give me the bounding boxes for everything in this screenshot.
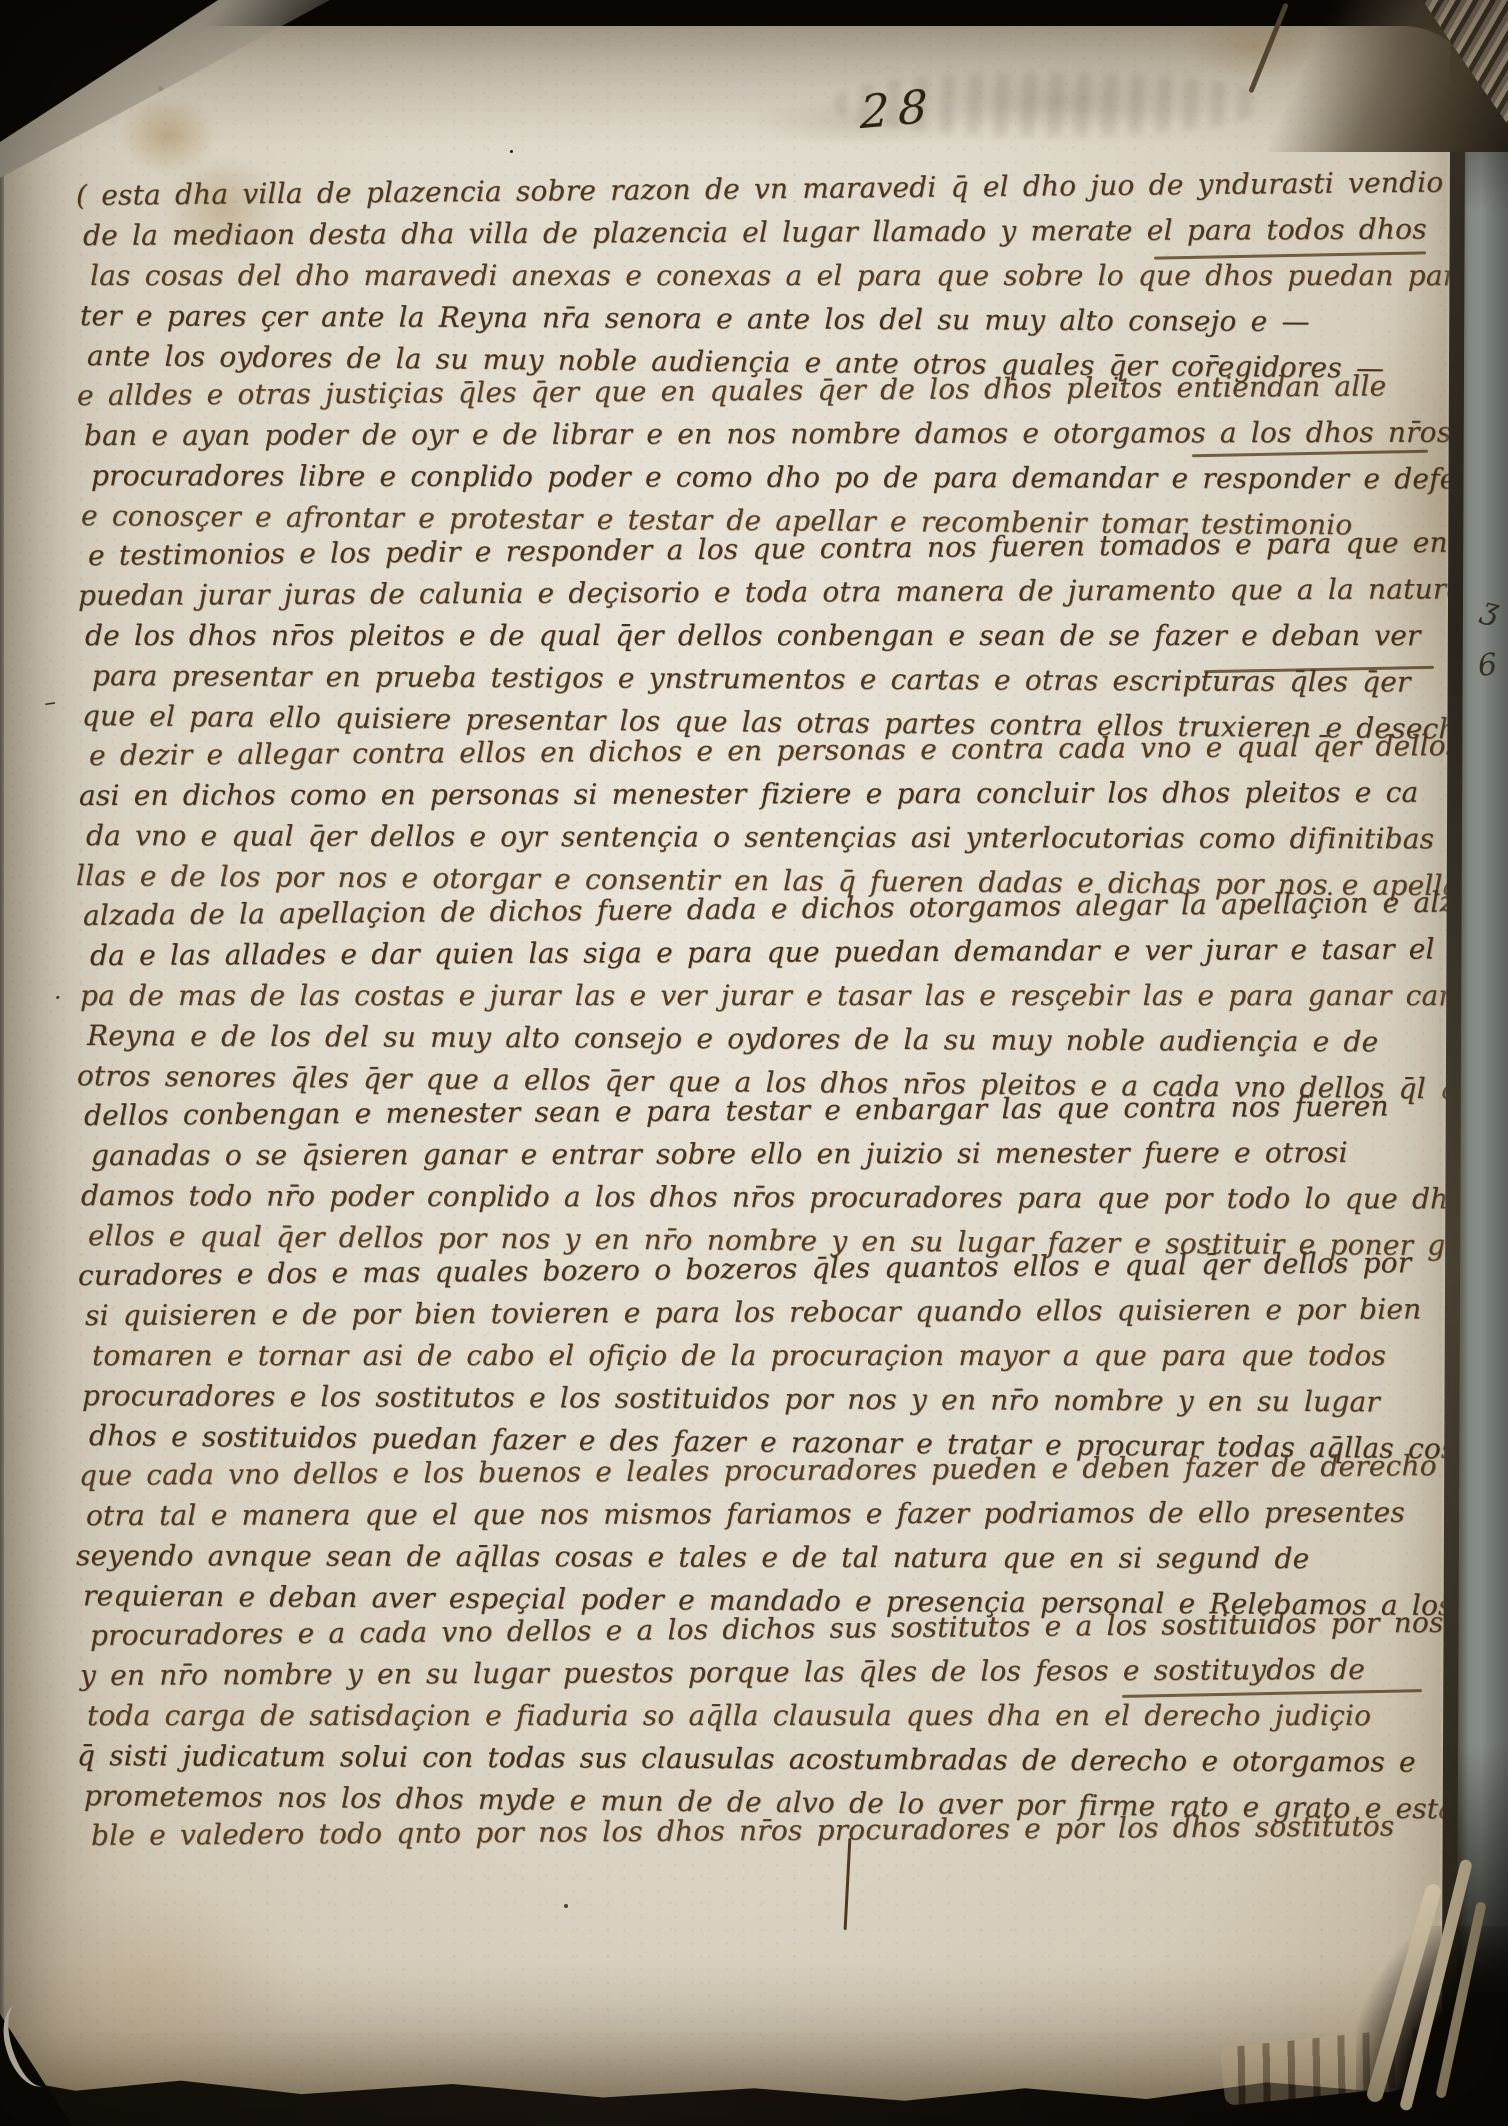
adjacent-page-ink-mark: ʒ [1478, 590, 1503, 628]
manuscript-line: ganadas o se q̄sieren ganar e entrar sob… [91, 1133, 1472, 1176]
margin-mark-dash: – [42, 687, 58, 716]
manuscript-line: q̄ sisti judicatum solui con todas sus c… [77, 1736, 1469, 1783]
manuscript-line: de los dhos nr̄os pleitos e de qual q̄er… [85, 616, 1472, 656]
manuscript-line: seyendo avnque sean de aq̄llas cosas e t… [76, 1536, 1468, 1579]
folio-number: 28 [860, 79, 937, 140]
manuscript-line: otra tal e manera que el que nos mismos … [86, 1493, 1472, 1536]
photo-background: 28 – · ( esta dha villa de plazencia sob… [0, 0, 1508, 2126]
manuscript-line: procuradores libre e conplido poder e co… [91, 456, 1472, 499]
manuscript-line: Reyna e de los del su muy alto consejo e… [87, 1016, 1472, 1063]
manuscript-line: da e las allades e dar quien las siga e … [90, 929, 1472, 976]
manuscript-line: ( esta dha villa de plazencia sobre razo… [76, 162, 1468, 216]
manuscript-line: procuradores e los sostitutos e los sost… [82, 1376, 1472, 1423]
manuscript-line: da vno e qual q̄er dellos e oyr sentençi… [86, 816, 1472, 859]
manuscript-line: toda carga de satisdaçion e fiaduria so … [87, 1696, 1472, 1736]
manuscript-line: para presentar en prueba testigos e ynst… [92, 656, 1472, 703]
margin-mark-dot: · [54, 984, 62, 1012]
manuscript-line: asi en dichos como en personas si menest… [79, 773, 1471, 816]
manuscript-line: pa de mas de las costas e jurar las e ve… [80, 976, 1472, 1016]
paper-speck [564, 1904, 568, 1908]
manuscript-line: de la mediaon desta dha villa de plazenc… [83, 209, 1472, 256]
manuscript-line: las cosas del dho maravedi anexas e cone… [90, 256, 1472, 296]
manuscript-line: y en nr̄o nombre y en su lugar puestos p… [80, 1649, 1472, 1696]
manuscript-line: ter e pares çer ante la Reyna nr̄a senor… [80, 296, 1472, 343]
manuscript-page: 28 – · ( esta dha villa de plazencia sob… [4, 26, 1472, 2104]
manuscript-line: ban e ayan poder de oyr e de librar e en… [84, 413, 1472, 456]
manuscript-line: damos todo nr̄o poder conplido a los dho… [81, 1176, 1472, 1219]
manuscript-line: puedan jurar juras de calunia e deçisori… [78, 569, 1470, 616]
manuscript-text-block: ( esta dha villa de plazencia sobre razo… [76, 176, 1468, 1876]
manuscript-line: tomaren e tornar asi de cabo el ofiçio d… [92, 1336, 1472, 1376]
adjacent-page-ink-mark: 6 [1476, 647, 1499, 684]
paper-speck [510, 150, 513, 153]
manuscript-line: si quisieren e de por bien tovieren e pa… [85, 1289, 1472, 1336]
